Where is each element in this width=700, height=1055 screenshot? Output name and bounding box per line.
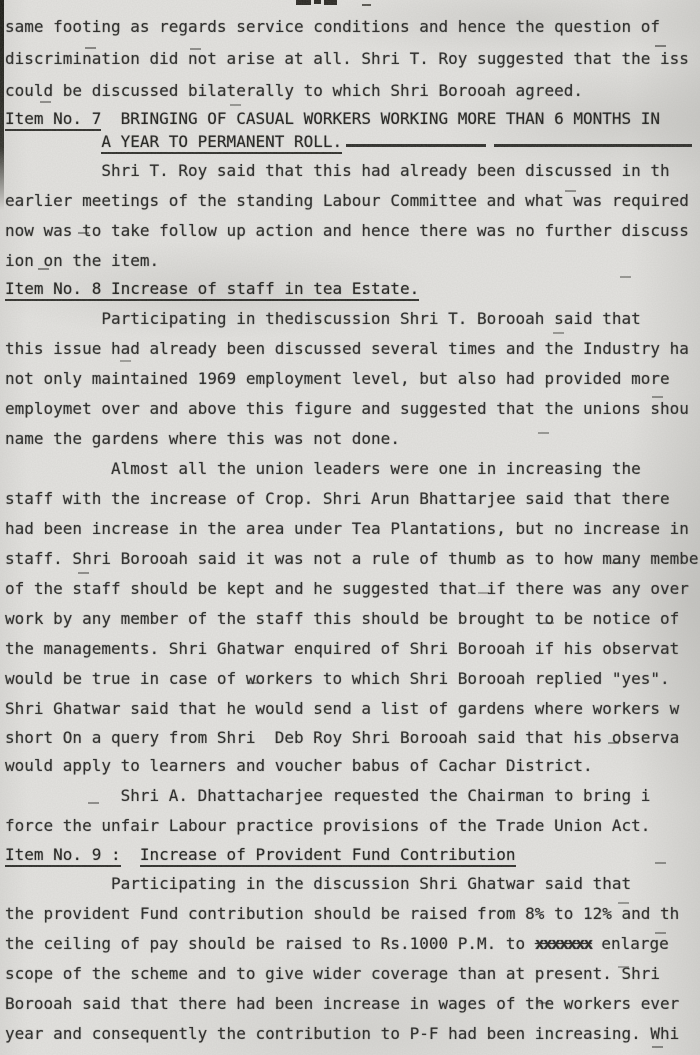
text-segment: [121, 845, 140, 864]
text-segment: had been increase in the area under Tea …: [5, 519, 689, 538]
text-segment: Borooah said that there had been increas…: [5, 994, 679, 1013]
text-segment: ion on the item.: [5, 251, 159, 270]
text-segment: work by any member of the staff this sho…: [5, 609, 679, 628]
text-line: had been increase in the area under Tea …: [5, 518, 698, 539]
text-segment: BRINGING OF CASUAL WORKERS WORKING MORE …: [121, 109, 660, 128]
typewriter-stray-marks: [0, 0, 11, 2]
text-segment: Item No. 7: [5, 109, 101, 131]
text-line: of the staff should be kept and he sugge…: [5, 578, 698, 599]
text-segment: would apply to learners and voucher babu…: [5, 756, 593, 775]
text-segment: enlarge: [592, 934, 669, 953]
text-segment: employmet over and above this figure and…: [5, 399, 689, 418]
text-line: Participating in thediscussion Shri T. B…: [5, 308, 698, 329]
text-segment: same footing as regards service conditio…: [5, 17, 660, 36]
text-segment: Almost all the union leaders were one in…: [5, 459, 641, 478]
underline-rule: [494, 129, 692, 147]
text-line: could be discussed bilaterally to which …: [5, 80, 698, 101]
text-line: name the gardens where this was not done…: [5, 428, 698, 449]
text-segment: the ceiling of pay should be raised to R…: [5, 934, 535, 953]
text-line: staff. Shri Borooah said it was not a ru…: [5, 548, 698, 569]
text-line: would be true in case of workers to whic…: [5, 668, 698, 689]
text-segment: Participating in the discussion Shri Gha…: [5, 874, 631, 893]
text-segment: of the staff should be kept and he sugge…: [5, 579, 689, 598]
text-segment: short On a query from Shri Deb Roy Shri …: [5, 728, 679, 747]
underline-rule: [346, 129, 486, 147]
text-line: Shri Ghatwar said that he would send a l…: [5, 698, 698, 719]
text-segment: Increase of Provident Fund Contribution: [140, 845, 516, 867]
text-segment: staff. Shri Borooah said it was not a ru…: [5, 549, 699, 568]
text-segment: Increase of staff in tea Estate.: [111, 279, 419, 301]
text-line: not only maintained 1969 employment leve…: [5, 368, 698, 389]
text-segment: Shri Ghatwar said that he would send a l…: [5, 699, 679, 718]
text-segment: xxxxxxx: [535, 934, 592, 953]
text-segment: scope of the scheme and to give wider co…: [5, 964, 660, 983]
text-segment: would be true in case of workers to whic…: [5, 669, 670, 688]
item-heading-line: Item No. 8 Increase of staff in tea Esta…: [5, 278, 698, 299]
text-segment: the provident Fund contribution should b…: [5, 904, 679, 923]
text-line: force the unfair Labour practice provisi…: [5, 815, 698, 836]
text-segment: name the gardens where this was not done…: [5, 429, 400, 448]
text-line: same footing as regards service conditio…: [5, 16, 698, 37]
text-segment: [5, 132, 101, 151]
text-segment: earlier meetings of the standing Labour …: [5, 191, 689, 210]
text-line: employmet over and above this figure and…: [5, 398, 698, 419]
text-segment: Item No. 9 :: [5, 845, 121, 867]
text-line: year and consequently the contribution t…: [5, 1023, 698, 1044]
text-segment: the managements. Shri Ghatwar enquired o…: [5, 639, 679, 658]
text-segment: year and consequently the contribution t…: [5, 1024, 679, 1043]
text-line: short On a query from Shri Deb Roy Shri …: [5, 727, 698, 748]
text-line: Shri A. Dhattacharjee requested the Chai…: [5, 785, 698, 806]
text-segment: staff with the increase of Crop. Shri Ar…: [5, 489, 670, 508]
text-segment: Item No. 8: [5, 279, 101, 301]
text-line: earlier meetings of the standing Labour …: [5, 190, 698, 211]
text-segment: [101, 109, 120, 128]
text-segment: not only maintained 1969 employment leve…: [5, 369, 670, 388]
text-segment: discrimination did not arise at all. Shr…: [5, 49, 689, 68]
text-line: staff with the increase of Crop. Shri Ar…: [5, 488, 698, 509]
text-segment: this issue had already been discussed se…: [5, 339, 689, 358]
text-line: Borooah said that there had been increas…: [5, 993, 698, 1014]
text-segment: force the unfair Labour practice provisi…: [5, 816, 650, 835]
text-segment: [101, 279, 111, 301]
text-segment: now was to take follow up action and hen…: [5, 221, 689, 240]
text-segment: Shri T. Roy said that this had already b…: [5, 161, 670, 180]
text-line: the ceiling of pay should be raised to R…: [5, 933, 698, 954]
scan-edge-artifact: [0, 0, 4, 210]
text-line: ion on the item.: [5, 250, 698, 271]
text-line: this issue had already been discussed se…: [5, 338, 698, 359]
text-line: the managements. Shri Ghatwar enquired o…: [5, 638, 698, 659]
text-line: Almost all the union leaders were one in…: [5, 458, 698, 479]
text-line: Participating in the discussion Shri Gha…: [5, 873, 698, 894]
rule-gap: [486, 132, 494, 147]
text-line: would apply to learners and voucher babu…: [5, 755, 698, 776]
text-line: now was to take follow up action and hen…: [5, 220, 698, 241]
text-line: scope of the scheme and to give wider co…: [5, 963, 698, 984]
text-segment: Shri A. Dhattacharjee requested the Chai…: [5, 786, 650, 805]
scanned-document-page: same footing as regards service conditio…: [0, 0, 700, 1055]
item-heading-line: Item No. 9 : Increase of Provident Fund …: [5, 844, 698, 865]
item-heading-line: A YEAR TO PERMANENT ROLL.: [5, 129, 698, 152]
text-line: discrimination did not arise at all. Shr…: [5, 48, 698, 69]
text-segment: A YEAR TO PERMANENT ROLL.: [101, 132, 342, 154]
text-line: the provident Fund contribution should b…: [5, 903, 698, 924]
text-line: work by any member of the staff this sho…: [5, 608, 698, 629]
item-heading-line: Item No. 7 BRINGING OF CASUAL WORKERS WO…: [5, 108, 698, 129]
text-segment: could be discussed bilaterally to which …: [5, 81, 583, 100]
text-segment: Participating in thediscussion Shri T. B…: [5, 309, 641, 328]
text-line: Shri T. Roy said that this had already b…: [5, 160, 698, 181]
